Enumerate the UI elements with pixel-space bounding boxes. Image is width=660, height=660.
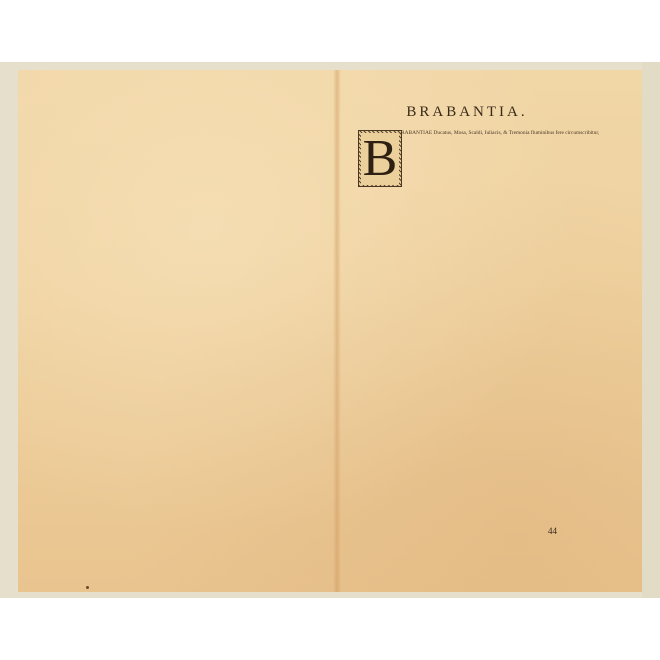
text-line	[365, 501, 615, 508]
text-line	[365, 309, 615, 316]
text-line	[365, 180, 615, 187]
text-line	[365, 209, 615, 216]
text-line	[365, 144, 615, 151]
text-line	[365, 280, 615, 287]
text-line	[365, 137, 615, 144]
page-number: 44	[548, 526, 557, 536]
text-line	[365, 151, 615, 158]
text-line	[365, 201, 615, 208]
text-line	[365, 487, 615, 494]
text-line	[365, 316, 615, 323]
text-line	[365, 194, 615, 201]
foxing-spot	[86, 586, 89, 589]
text-line	[365, 259, 615, 266]
text-line	[365, 466, 615, 473]
text-line	[365, 344, 615, 351]
text-line	[365, 380, 615, 387]
paragraph	[365, 494, 615, 515]
text-line	[365, 473, 615, 480]
mat-right-edge	[642, 62, 660, 598]
text-line	[365, 230, 615, 237]
text-line	[365, 359, 615, 366]
text-line	[365, 223, 615, 230]
text-line	[365, 423, 615, 430]
text-line	[365, 330, 615, 337]
text-line	[365, 244, 615, 251]
text-line	[365, 294, 615, 301]
text-line	[365, 159, 615, 166]
text-line	[365, 401, 615, 408]
paragraph	[365, 137, 615, 237]
text-line	[365, 351, 615, 358]
paragraph	[365, 237, 615, 287]
text-line	[365, 451, 615, 458]
text-line	[365, 494, 615, 501]
text-line	[365, 508, 615, 515]
text-line	[365, 394, 615, 401]
text-line	[365, 166, 615, 173]
text-line	[365, 437, 615, 444]
text-line	[365, 237, 615, 244]
center-fold	[333, 70, 341, 592]
text-line	[365, 373, 615, 380]
text-line	[365, 266, 615, 273]
page-title: BRABANTIA.	[372, 104, 562, 121]
text-line	[365, 323, 615, 330]
text-line	[365, 430, 615, 437]
text-line	[365, 408, 615, 415]
text-line	[365, 416, 615, 423]
text-line	[365, 173, 615, 180]
text-line	[365, 480, 615, 487]
text-line	[365, 273, 615, 280]
text-line	[365, 366, 615, 373]
text-line	[365, 216, 615, 223]
text-line	[365, 301, 615, 308]
paragraph	[365, 287, 615, 358]
text-line	[365, 458, 615, 465]
text-line	[365, 187, 615, 194]
text-line	[365, 337, 615, 344]
body-text: RABANTIAE Ducatus, Mosa, Scaldi, Iuliaci…	[365, 130, 615, 515]
text-line	[365, 287, 615, 294]
text-line	[365, 251, 615, 258]
text-line	[365, 387, 615, 394]
opening-line: RABANTIAE Ducatus, Mosa, Scaldi, Iuliaci…	[365, 130, 615, 137]
text-line	[365, 444, 615, 451]
paragraph	[365, 359, 615, 495]
